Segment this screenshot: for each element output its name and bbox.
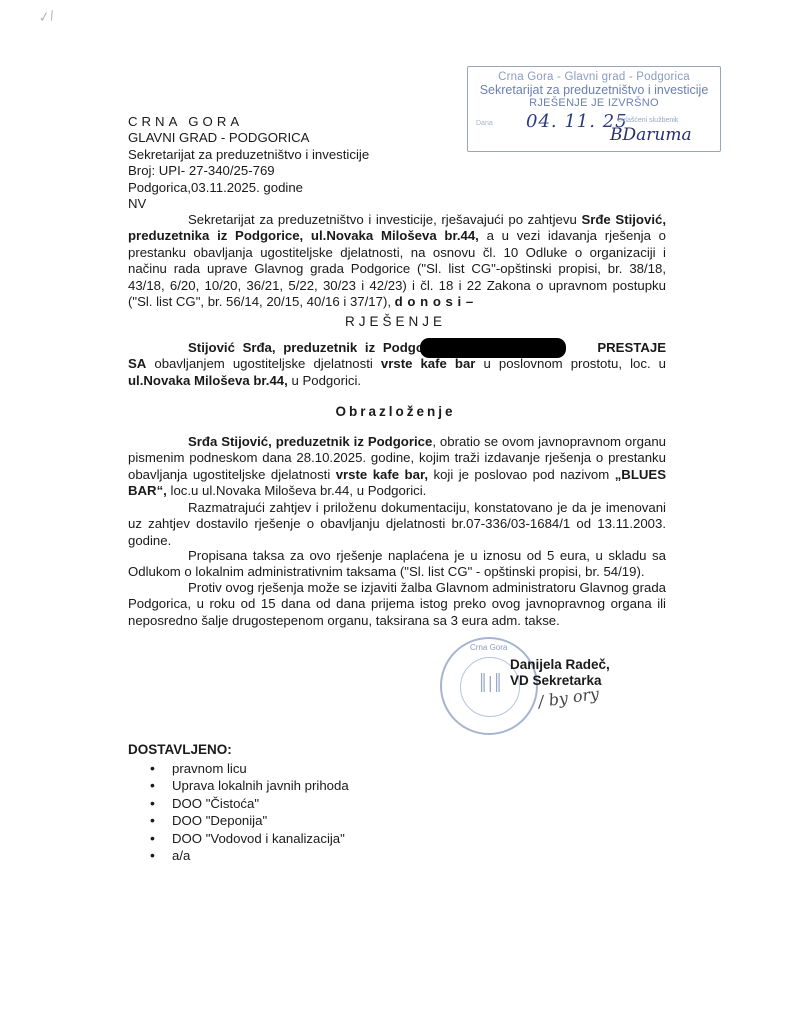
intro-donosi: d o n o s i – — [395, 294, 474, 309]
reasoning-paragraph-2: Razmatrajući zahtjev i priloženu dokumen… — [128, 500, 666, 549]
header-place-date: Podgorica,03.11.2025. godine — [128, 180, 369, 196]
distribution-item-label: Uprava lokalnih javnih prihoda — [172, 778, 349, 793]
handwritten-corner-mark: ✓/ — [37, 6, 59, 23]
distribution-item: pravnom licu — [150, 760, 349, 777]
header-country: CRNA GORA — [128, 114, 369, 130]
decision-activity-type: vrste kafe bar — [381, 356, 476, 371]
stamp-signature: BDaruma — [610, 125, 692, 145]
distribution-item-label: DOO "Deponija" — [172, 813, 267, 828]
distribution-item: DOO "Čistoća" — [150, 795, 349, 812]
distribution-item-label: DOO "Vodovod i kanalizacija" — [172, 831, 345, 846]
intro-paragraph: Sekretarijat za preduzetništvo i investi… — [128, 212, 666, 310]
reasoning-paragraph-3: Propisana taksa za ovo rješenje naplaćen… — [128, 548, 666, 581]
seal-emblem-icon: ║|║ — [478, 673, 503, 692]
reasoning-title: Obrazloženje — [0, 404, 791, 419]
distribution-list: pravnom licu Uprava lokalnih javnih prih… — [150, 760, 349, 864]
signer-name: Danijela Radeč, — [510, 657, 610, 673]
reasoning-text-b: koji je poslovao pod nazivom — [428, 467, 615, 482]
reasoning-activity-type: vrste kafe bar, — [336, 467, 428, 482]
distribution-item: DOO "Vodovod i kanalizacija" — [150, 830, 349, 847]
stamp-officer-label: ovlašćeni službenik — [618, 117, 678, 124]
reasoning-text-c: loc.u ul.Novaka Miloševa br.44, u Podgor… — [167, 483, 427, 498]
stamp-line-3: RJEŠENJE JE IZVRŠNO — [468, 97, 720, 109]
distribution-title: DOSTAVLJENO: — [128, 742, 232, 757]
reasoning-applicant: Srđa Stijović, preduzetnik iz Podgorice — [188, 434, 432, 449]
distribution-item: a/a — [150, 847, 349, 864]
header-initials: NV — [128, 196, 369, 212]
decision-paragraph: Stijović Srđa, preduzetnik iz PodgoriceP… — [128, 340, 666, 389]
distribution-item: DOO "Deponija" — [150, 812, 349, 829]
distribution-item-label: a/a — [172, 848, 190, 863]
reasoning-paragraph-1: Srđa Stijović, preduzetnik iz Podgorice,… — [128, 434, 666, 500]
executive-stamp: Crna Gora - Glavni grad - Podgorica Sekr… — [467, 66, 721, 152]
seal-text: Crna Gora — [470, 643, 507, 652]
decision-title: RJEŠENJE — [0, 314, 791, 329]
header-department: Sekretarijat za preduzetništvo i investi… — [128, 147, 369, 163]
decision-subject: Stijović Srđa, preduzetnik iz Podgorice — [188, 340, 447, 355]
decision-address: ul.Novaka Miloševa br.44, — [128, 373, 288, 388]
reasoning-paragraph-4: Protiv ovog rješenja može se izjaviti ža… — [128, 580, 666, 629]
document-header: CRNA GORA GLAVNI GRAD - PODGORICA Sekret… — [128, 114, 369, 212]
decision-text-b: u poslovnom prostotu, loc. u — [475, 356, 666, 371]
distribution-item-label: DOO "Čistoća" — [172, 796, 259, 811]
stamp-dana-label: Dana — [476, 120, 493, 127]
header-city: GLAVNI GRAD - PODGORICA — [128, 130, 369, 146]
distribution-item-label: pravnom licu — [172, 761, 247, 776]
stamp-line-2: Sekretarijat za preduzetništvo i investi… — [468, 83, 720, 97]
distribution-item: Uprava lokalnih javnih prihoda — [150, 777, 349, 794]
header-number: Broj: UPI- 27-340/25-769 — [128, 163, 369, 179]
decision-text-c: u Podgorici. — [288, 373, 361, 388]
decision-text-a: obavljanjem ugostiteljske djelatnosti — [154, 356, 381, 371]
intro-text-a: Sekretarijat za preduzetništvo i investi… — [188, 212, 581, 227]
redaction-bar — [420, 338, 566, 358]
stamp-line-1: Crna Gora - Glavni grad - Podgorica — [468, 71, 720, 83]
